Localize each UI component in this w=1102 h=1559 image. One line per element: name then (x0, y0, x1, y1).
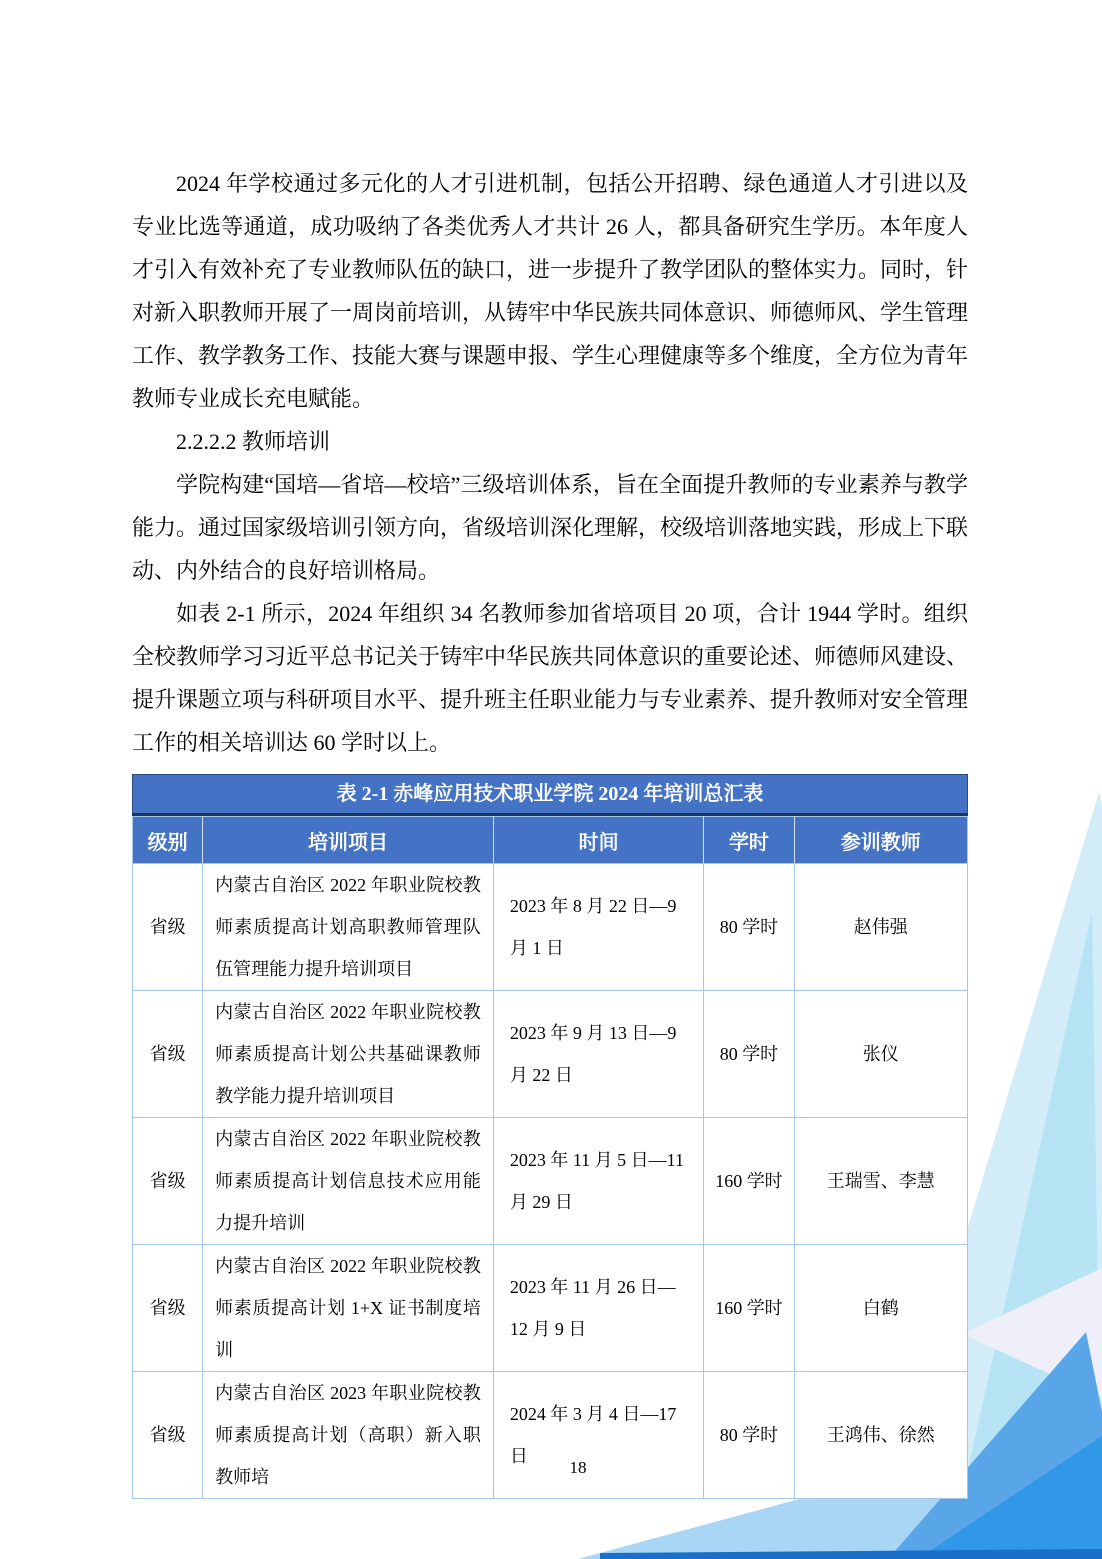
table-row: 省级 内蒙古自治区 2022 年职业院校教师素质提高计划信息技术应用能力提升培训… (133, 1118, 968, 1245)
cell-project: 内蒙古自治区 2022 年职业院校教师素质提高计划 1+X 证书制度培训 (203, 1245, 494, 1372)
training-summary-table: 表 2-1 赤峰应用技术职业学院 2024 年培训总汇表 级别 培训项目 时间 … (132, 774, 968, 1499)
cell-level: 省级 (133, 1118, 203, 1245)
cell-time: 2023 年 9 月 13 日—9 月 22 日 (493, 991, 704, 1118)
cell-project: 内蒙古自治区 2022 年职业院校教师素质提高计划公共基础课教师教学能力提升培训… (203, 991, 494, 1118)
cell-teachers: 王鸿伟、徐然 (794, 1372, 967, 1499)
cell-level: 省级 (133, 1245, 203, 1372)
cell-hours: 80 学时 (704, 864, 794, 991)
cell-teachers: 赵伟强 (794, 864, 967, 991)
training-table: 级别 培训项目 时间 学时 参训教师 省级 内蒙古自治区 2022 年职业院校教… (132, 816, 968, 1499)
cell-level: 省级 (133, 864, 203, 991)
cell-teachers: 王瑞雪、李慧 (794, 1118, 967, 1245)
cell-level: 省级 (133, 1372, 203, 1499)
cell-project: 内蒙古自治区 2022 年职业院校教师素质提高计划信息技术应用能力提升培训 (203, 1118, 494, 1245)
paragraph-talent-recruitment: 2024 年学校通过多元化的人才引进机制，包括公开招聘、绿色通道人才引进以及专业… (132, 162, 968, 420)
column-header-project: 培训项目 (203, 817, 494, 864)
cell-project: 内蒙古自治区 2022 年职业院校教师素质提高计划高职教师管理队伍管理能力提升培… (203, 864, 494, 991)
paragraph-training-stats: 如表 2-1 所示，2024 年组织 34 名教师参加省培项目 20 项，合计 … (132, 592, 968, 764)
document-page: 2024 年学校通过多元化的人才引进机制，包括公开招聘、绿色通道人才引进以及专业… (0, 0, 1102, 1559)
cell-hours: 160 学时 (704, 1118, 794, 1245)
table-header-row: 级别 培训项目 时间 学时 参训教师 (133, 817, 968, 864)
column-header-time: 时间 (493, 817, 704, 864)
section-heading-teacher-training: 2.2.2.2 教师培训 (132, 420, 968, 463)
cell-project: 内蒙古自治区 2023 年职业院校教师素质提高计划（高职）新入职教师培 (203, 1372, 494, 1499)
cell-hours: 80 学时 (704, 1372, 794, 1499)
column-header-level: 级别 (133, 817, 203, 864)
page-body: 2024 年学校通过多元化的人才引进机制，包括公开招聘、绿色通道人才引进以及专业… (132, 162, 968, 1499)
cell-hours: 80 学时 (704, 991, 794, 1118)
cell-teachers: 白鹤 (794, 1245, 967, 1372)
cell-hours: 160 学时 (704, 1245, 794, 1372)
column-header-teachers: 参训教师 (794, 817, 967, 864)
cell-level: 省级 (133, 991, 203, 1118)
paragraph-training-system: 学院构建“国培—省培—校培”三级培训体系，旨在全面提升教师的专业素养与教学能力。… (132, 463, 968, 592)
table-row: 省级 内蒙古自治区 2023 年职业院校教师素质提高计划（高职）新入职教师培 2… (133, 1372, 968, 1499)
cell-time: 2023 年 11 月 5 日—11 月 29 日 (493, 1118, 704, 1245)
table-row: 省级 内蒙古自治区 2022 年职业院校教师素质提高计划 1+X 证书制度培训 … (133, 1245, 968, 1372)
column-header-hours: 学时 (704, 817, 794, 864)
table-title: 表 2-1 赤峰应用技术职业学院 2024 年培训总汇表 (132, 774, 968, 816)
cell-time: 2024 年 3 月 4 日—17 日 (493, 1372, 704, 1499)
cell-time: 2023 年 11 月 26 日—12 月 9 日 (493, 1245, 704, 1372)
page-number: 18 (570, 1458, 587, 1478)
table-row: 省级 内蒙古自治区 2022 年职业院校教师素质提高计划高职教师管理队伍管理能力… (133, 864, 968, 991)
cell-teachers: 张仪 (794, 991, 967, 1118)
cell-time: 2023 年 8 月 22 日—9 月 1 日 (493, 864, 704, 991)
table-row: 省级 内蒙古自治区 2022 年职业院校教师素质提高计划公共基础课教师教学能力提… (133, 991, 968, 1118)
